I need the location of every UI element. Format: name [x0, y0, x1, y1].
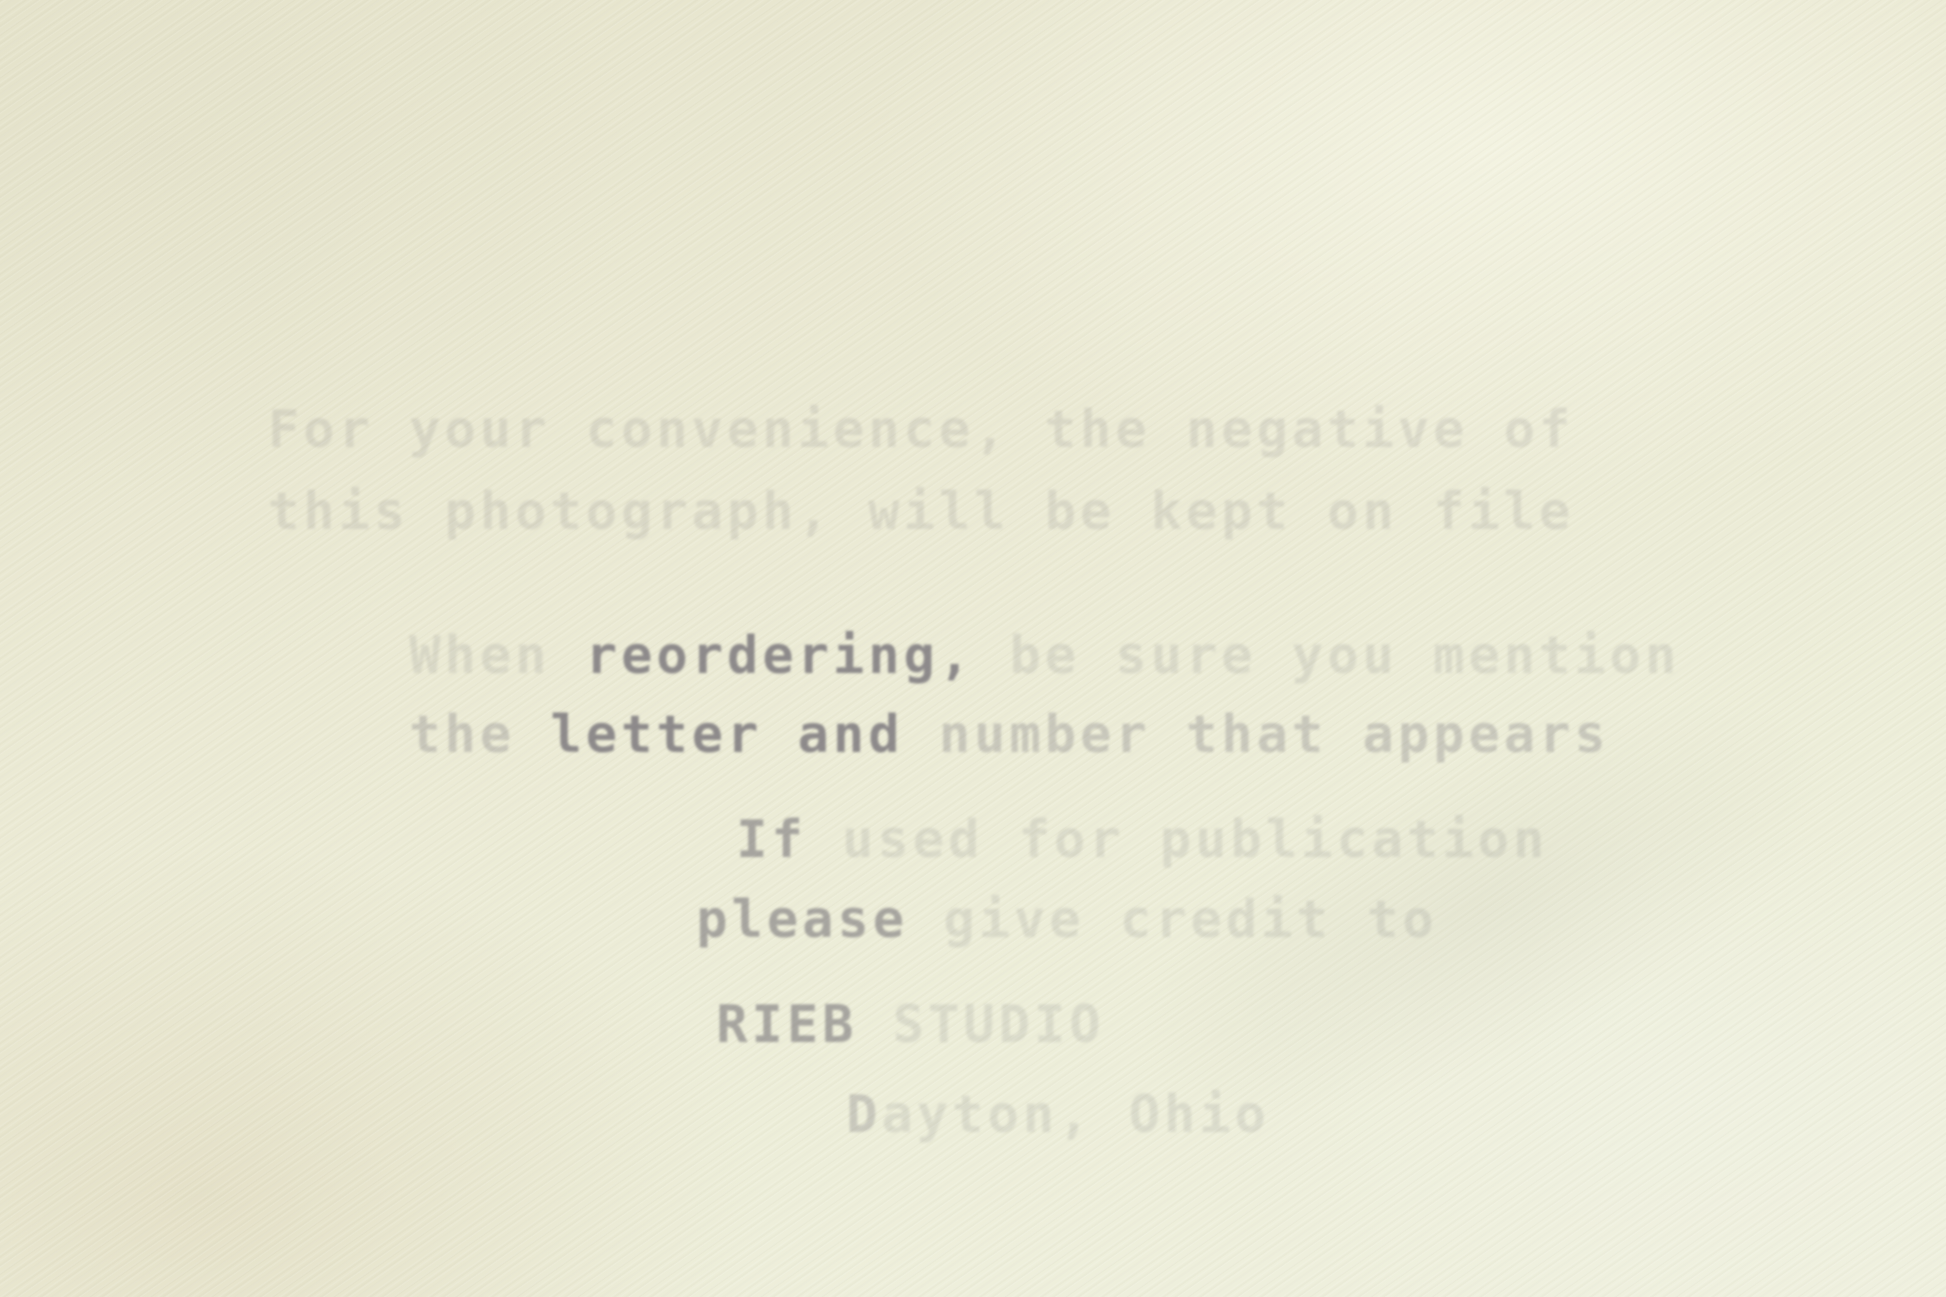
- studio-stamp: For your convenience, the negative of th…: [0, 0, 1946, 1297]
- stamp-line-1: For your convenience, the negative of: [268, 400, 1574, 460]
- stamp-line-4-lead: the: [409, 705, 550, 765]
- studio-location-visible: D: [846, 1085, 881, 1145]
- stamp-line-2: this photograph, will be kept on file: [268, 482, 1574, 542]
- studio-location: Dayton, Ohio: [705, 1025, 1270, 1205]
- studio-location-rest: ayton, Ohio: [882, 1085, 1270, 1145]
